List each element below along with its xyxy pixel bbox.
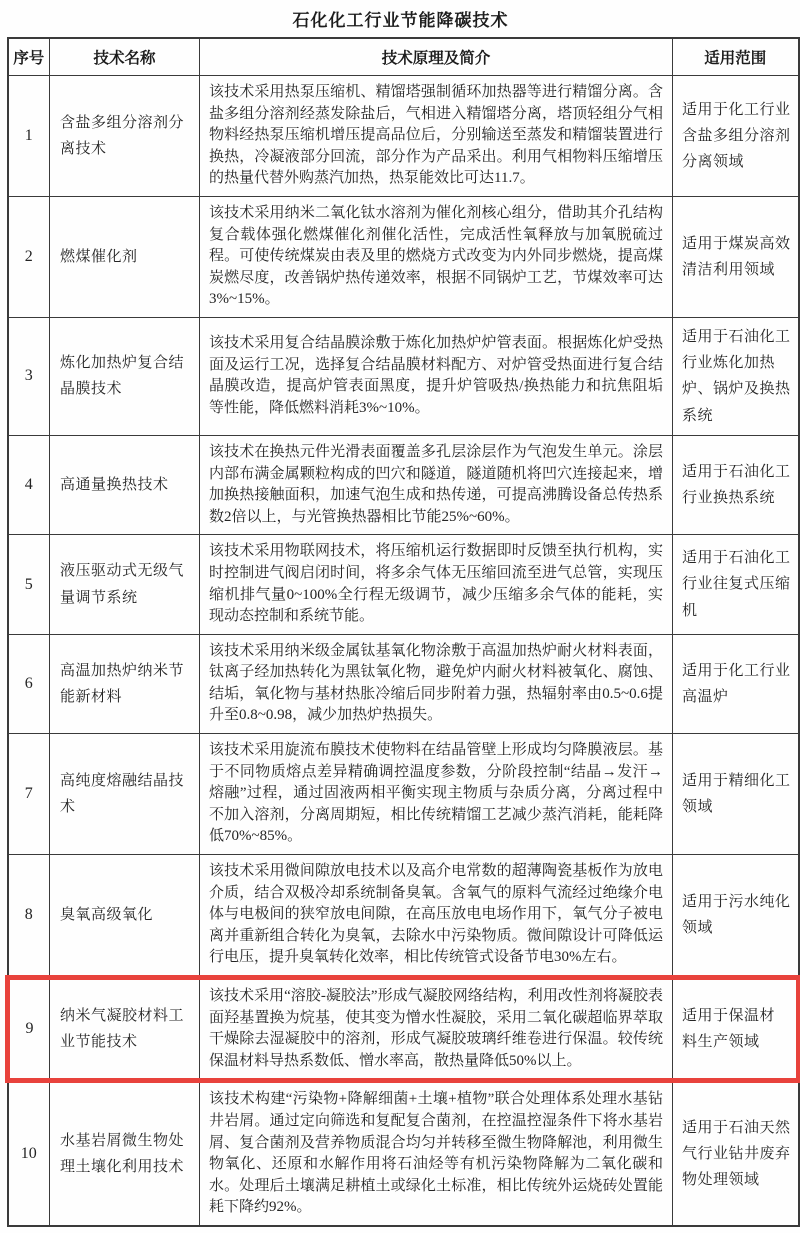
table-row: 2 燃煤催化剂 该技术采用纳米二氧化钛水溶剂为催化剂核心组分，借助其介孔结构复合… (8, 196, 799, 317)
header-scope: 适用范围 (673, 38, 799, 76)
tech-name-cell: 高纯度熔融结晶技术 (50, 734, 200, 855)
tech-description-cell: 该技术构建“污染物+降解细菌+土壤+植物”联合处理体系处理水基钻井岩屑。通过定向… (200, 1081, 673, 1226)
table-header-row: 序号 技术名称 技术原理及简介 适用范围 (8, 38, 799, 76)
row-number-cell: 6 (8, 634, 50, 733)
tech-description-cell: 该技术采用微间隙放电技术以及高介电常数的超薄陶瓷基板作为放电介质，结合双极冷却系… (200, 855, 673, 978)
tech-description-cell: 该技术采用“溶胶-凝胶法”形成气凝胶网络结构，利用改性剂将凝胶表面羟基置换为烷基… (200, 978, 673, 1081)
scope-cell: 适用于石油化工行业炼化加热炉、锅炉及换热系统 (673, 317, 799, 435)
tech-name-cell: 液压驱动式无级气量调节系统 (50, 535, 200, 634)
table-row: 7 高纯度熔融结晶技术 该技术采用旋流布膜技术使物料在结晶管壁上形成均匀降膜液层… (8, 734, 799, 855)
tech-description-cell: 该技术在换热元件光滑表面覆盖多孔层涂层作为气泡发生单元。涂层内部布满金属颗粒构成… (200, 435, 673, 534)
row-number-cell: 4 (8, 435, 50, 534)
row-number-cell: 1 (8, 76, 50, 197)
tech-name-cell: 高温加热炉纳米节能新材料 (50, 634, 200, 733)
table-row: 3 炼化加热炉复合结晶膜技术 该技术采用复合结晶膜涂敷于炼化加热炉炉管表面。根据… (8, 317, 799, 435)
row-number-cell: 8 (8, 855, 50, 978)
row-number-cell: 10 (8, 1081, 50, 1226)
page-title: 石化化工行业节能降碳技术 (5, 4, 796, 37)
row-number-cell: 7 (8, 734, 50, 855)
scope-cell: 适用于煤炭高效清洁利用领域 (673, 196, 799, 317)
table-row: 1 含盐多组分溶剂分离技术 该技术采用热泵压缩机、精馏塔强制循环加热器等进行精馏… (8, 76, 799, 197)
scope-cell: 适用于石油化工行业往复式压缩机 (673, 535, 799, 634)
document-page: 石化化工行业节能降碳技术 序号 技术名称 技术原理及简介 适用范围 1 含盐多组… (0, 0, 800, 1233)
row-number-cell: 5 (8, 535, 50, 634)
tech-description-cell: 该技术采用纳米级金属钛基氧化物涂敷于高温加热炉耐火材料表面，钛离子经加热转化为黑… (200, 634, 673, 733)
table-row: 5 液压驱动式无级气量调节系统 该技术采用物联网技术，将压缩机运行数据即时反馈至… (8, 535, 799, 634)
tech-name-cell: 纳米气凝胶材料工业节能技术 (50, 978, 200, 1081)
scope-cell: 适用于化工行业含盐多组分溶剂分离领域 (673, 76, 799, 197)
tech-name-cell: 臭氧高级氧化 (50, 855, 200, 978)
table-row: 10 水基岩屑微生物处理土壤化利用技术 该技术构建“污染物+降解细菌+土壤+植物… (8, 1081, 799, 1226)
tech-description-cell: 该技术采用纳米二氧化钛水溶剂为催化剂核心组分，借助其介孔结构复合载体强化燃煤催化… (200, 196, 673, 317)
technology-table: 序号 技术名称 技术原理及简介 适用范围 1 含盐多组分溶剂分离技术 该技术采用… (5, 37, 800, 1227)
scope-cell: 适用于保温材料生产领域 (673, 978, 799, 1081)
header-tech-description: 技术原理及简介 (200, 38, 673, 76)
tech-description-cell: 该技术采用旋流布膜技术使物料在结晶管壁上形成均匀降膜液层。基于不同物质熔点差异精… (200, 734, 673, 855)
tech-name-cell: 含盐多组分溶剂分离技术 (50, 76, 200, 197)
scope-cell: 适用于精细化工领域 (673, 734, 799, 855)
tech-name-cell: 高通量换热技术 (50, 435, 200, 534)
table-row-highlighted: 9 纳米气凝胶材料工业节能技术 该技术采用“溶胶-凝胶法”形成气凝胶网络结构，利… (8, 978, 799, 1081)
scope-cell: 适用于污水纯化领域 (673, 855, 799, 978)
header-tech-name: 技术名称 (50, 38, 200, 76)
table-row: 4 高通量换热技术 该技术在换热元件光滑表面覆盖多孔层涂层作为气泡发生单元。涂层… (8, 435, 799, 534)
tech-description-cell: 该技术采用复合结晶膜涂敷于炼化加热炉炉管表面。根据炼化炉受热面及运行工况，选择复… (200, 317, 673, 435)
tech-name-cell: 炼化加热炉复合结晶膜技术 (50, 317, 200, 435)
scope-cell: 适用于石油化工行业换热系统 (673, 435, 799, 534)
scope-cell: 适用于化工行业高温炉 (673, 634, 799, 733)
tech-name-cell: 燃煤催化剂 (50, 196, 200, 317)
row-number-cell: 9 (8, 978, 50, 1081)
table-row: 8 臭氧高级氧化 该技术采用微间隙放电技术以及高介电常数的超薄陶瓷基板作为放电介… (8, 855, 799, 978)
table-row: 6 高温加热炉纳米节能新材料 该技术采用纳米级金属钛基氧化物涂敷于高温加热炉耐火… (8, 634, 799, 733)
header-row-number: 序号 (8, 38, 50, 76)
tech-name-cell: 水基岩屑微生物处理土壤化利用技术 (50, 1081, 200, 1226)
scope-cell: 适用于石油天然气行业钻井废弃物处理领域 (673, 1081, 799, 1226)
row-number-cell: 3 (8, 317, 50, 435)
row-number-cell: 2 (8, 196, 50, 317)
tech-description-cell: 该技术采用物联网技术，将压缩机运行数据即时反馈至执行机构，实时控制进气阀启闭时间… (200, 535, 673, 634)
tech-description-cell: 该技术采用热泵压缩机、精馏塔强制循环加热器等进行精馏分离。含盐多组分溶剂经蒸发除… (200, 76, 673, 197)
